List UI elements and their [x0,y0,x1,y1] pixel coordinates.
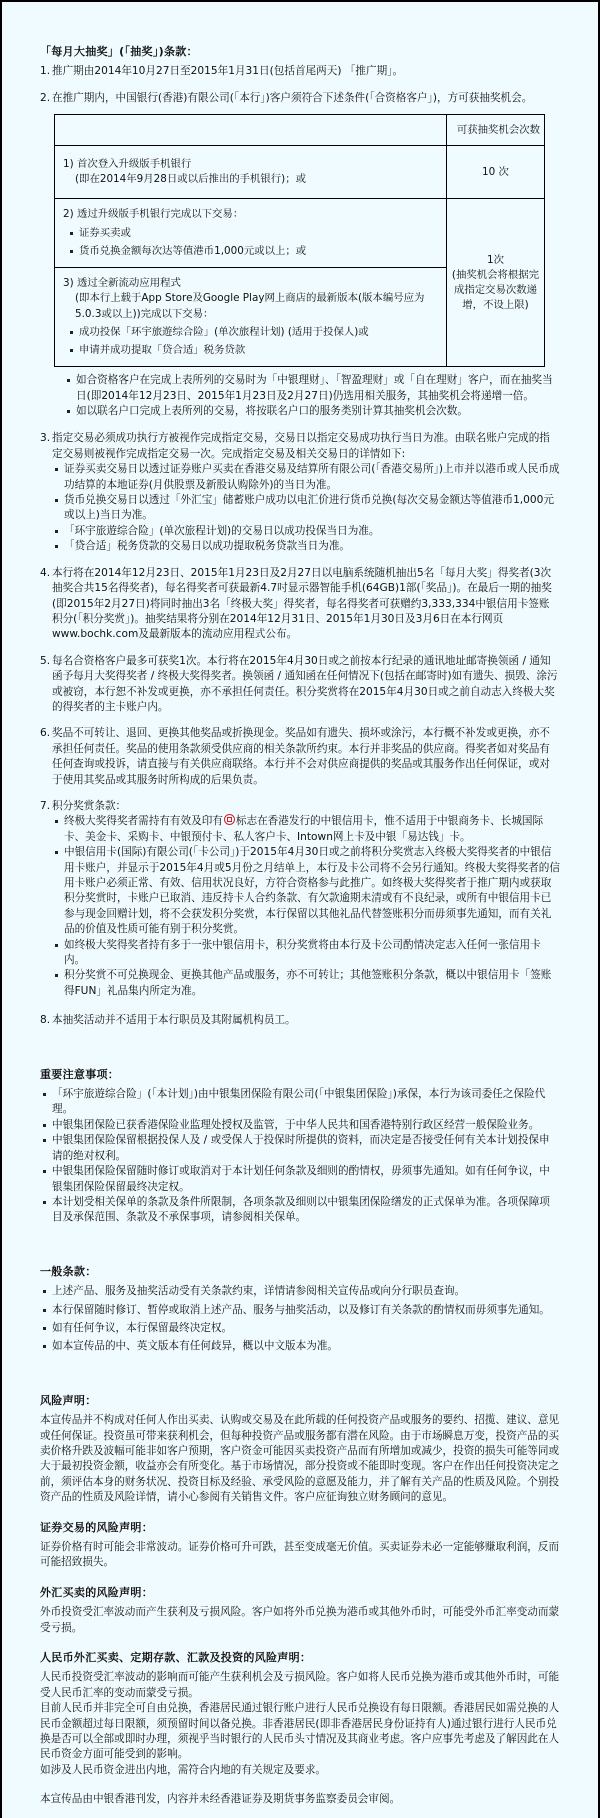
row2-line1: 2) 透过升级版手机银行完成以下交易： [63,207,438,222]
row3-line2: (即本行上载于App Store及Google Play网上商店的最新版本(版本… [63,291,438,322]
list-item: 「贷合适」税务贷款的交易日以成功提取税务贷款当日为准。 [52,539,560,554]
rmb-risk-section: 人民币外汇买卖、定期存款、汇款及投资的风险声明： 人民币投资受汇率波动的影响而可… [40,1650,560,1778]
fx-risk-text: 外币投资受汇率波动而产生获利及亏损风险。客户如将外币兑换为港币或其他外币时，可能… [40,1605,560,1636]
row3-bullet: 申请并成功提取「贷合适」税务贷款 [63,343,438,358]
term-item-3: 3. 指定交易必须成功执行方被视作完成指定交易，交易日以指定交易成功执行当日为准… [40,431,560,554]
row3-line1: 3) 透过全新流动应用程式 [63,276,438,291]
draw-chances-table: 可获抽奖机会次数 1) 首次登入升级版手机银行 (即在2014年9月28日或以后… [54,114,545,367]
term-text: 本行将在2014年12月23日、2015年1月23日及2月27日以电脑系统随机抽… [52,567,552,641]
boc-logo-icon [224,814,235,825]
fx-risk-heading: 外汇买卖的风险声明： [40,1585,560,1600]
table-header-chances: 可获抽奖机会次数 [447,115,545,146]
list-item: 上述产品、服务及抽奖活动受有关条款约束，详情请参阅相关宣传品或向分行职员查询。 [40,1284,560,1299]
list-item: 如本宣传品的中、英文版本有任何歧异，概以中文版本为准。 [40,1339,560,1354]
row2-bullet: 证券买卖或 [63,226,438,241]
term-text: 每名合资格客户最多可获奖1次。本行将在2015年4月30日或之前按本行纪录的通讯… [52,655,558,713]
risk-disclosure-heading: 风险声明： [40,1393,560,1408]
row1-line1: 1) 首次登入升级版手机银行 [63,157,438,172]
list-item: 终极大奖得奖者需持有有效及印有标志在香港发行的中银信用卡，惟不适用于中银商务卡、… [52,814,560,845]
term-number: 5. [40,654,50,669]
list-item: 中银集团保险已获香港保险业监理处授权及监管，于中华人民共和国香港特别行政区经营一… [40,1118,560,1133]
general-terms-section: 一般条款： 上述产品、服务及抽奖活动受有关条款约束，详情请参阅相关宣传品或向分行… [40,1264,560,1355]
rmb-risk-paragraph: 如涉及人民币资金进出内地，需符合内地的有关规定及要求。 [40,1763,560,1778]
term-number: 4. [40,566,50,581]
list-item: 「环宇旅遊综合险」(单次旅程计划)的交易日以成功投保当日为准。 [52,524,560,539]
terms-content: 「每月大抽奖」(「抽奖」)条款： 1. 推广期由2014年10月27日至2015… [40,44,560,1808]
securities-risk-text: 证券价格有时可能会非常波动。证券价格可升可跌，甚至变成毫无价值。买卖证券未必一定… [40,1540,560,1571]
term-number: 7. [40,799,50,814]
term-text: 在推广期内，中国银行(香港)有限公司(「本行」)客户须符合下述条件(「合资格客户… [52,92,532,104]
term-item-8: 8. 本抽奖活动并不适用于本行职员及其附属机构员工。 [40,1013,560,1028]
table-row: 2) 透过升级版手机银行完成以下交易： 证券买卖或 货币兑换金额每次达等值港币1… [55,199,545,268]
term-text: 奖品不可转让、退回、更换其他奖品或折换现金。奖品如有遗失、损坏或涂污，本行概不补… [52,727,550,785]
important-notes-section: 重要注意事项： 「环宇旅遊综合险」(「本计划」)由中银集团保险有限公司(「中银集… [40,1067,560,1226]
term-item-7: 7. 积分奖赏条款： 终极大奖得奖者需持有有效及印有标志在香港发行的中银信用卡，… [40,799,560,999]
list-item: 如终极大奖得奖者持有多于一张中银信用卡，积分奖赏将由本行及卡公司酌情决定志入任何… [52,938,560,969]
risk-disclosure-text: 本宣传品并不构成对任何人作出买卖、认购或交易及在此所载的任何投资产品或服务的要约… [40,1413,560,1505]
row2-bullet: 货币兑换金额每次达等值港币1,000元或以上；或 [63,244,438,259]
row1-line2: (即在2014年9月28日或以后推出的手机银行)；或 [63,172,438,187]
securities-risk-section: 证券交易的风险声明： 证券价格有时可能会非常波动。证券价格可升可跌，甚至变成毫无… [40,1520,560,1571]
term-text: 指定交易必须成功执行方被视作完成指定交易，交易日以指定交易成功执行当日为准。由联… [52,432,550,459]
term-number: 1. [40,64,50,79]
term-number: 3. [40,431,50,446]
fx-risk-section: 外汇买卖的风险声明： 外币投资受汇率波动而产生获利及亏损风险。客户如将外币兑换为… [40,1585,560,1636]
term7-bullets: 终极大奖得奖者需持有有效及印有标志在香港发行的中银信用卡，惟不适用于中银商务卡、… [52,814,560,999]
term-item-2: 2. 在推广期内，中国银行(香港)有限公司(「本行」)客户须符合下述条件(「合资… [40,91,560,420]
document-frame: 「每月大抽奖」(「抽奖」)条款： 1. 推广期由2014年10月27日至2015… [0,0,600,1818]
important-notes-heading: 重要注意事项： [40,1067,560,1082]
rmb-risk-paragraph: 人民币投资受汇率波动的影响而可能产生获利机会及亏损风险。客户如将人民币兑换为港币… [40,1670,560,1701]
term-item-1: 1. 推广期由2014年10月27日至2015年1月31日(包括首尾两天) 「推… [40,64,560,79]
term-number: 6. [40,726,50,741]
table-row: 1) 首次登入升级版手机银行 (即在2014年9月28日或以后推出的手机银行)；… [55,146,545,199]
securities-risk-heading: 证券交易的风险声明： [40,1520,560,1535]
list-item: 如有任何争议，本行保留最终决定权。 [40,1321,560,1336]
list-item: 中银集团保险保留根据投保人及 / 或受保人于投保时所提供的资料，而决定是否接受任… [40,1133,560,1164]
term-item-5: 5. 每名合资格客户最多可获奖1次。本行将在2015年4月30日或之前按本行纪录… [40,654,560,716]
list-item: 证券买卖交易日以透过证券账户买卖在香港交易及结算所有限公司(「香港交易所」)上市… [52,462,560,493]
draw-terms-list: 1. 推广期由2014年10月27日至2015年1月31日(包括首尾两天) 「推… [40,64,560,1028]
rmb-risk-heading: 人民币外汇买卖、定期存款、汇款及投资的风险声明： [40,1650,560,1665]
row3-bullet: 成功投保「环宇旅遊综合险」(单次旅程计划) (适用于投保人)或 [63,325,438,340]
rows23-chances: 1次 (抽奖机会将根据完成指定交易次数递增，不设上限) [447,199,545,367]
rmb-risk-paragraph: 目前人民币并非完全可自由兑换，香港居民通过银行账户进行人民币兑换设有每日限额。香… [40,1701,560,1763]
list-item: 中银集团保险保留随时修订或取消对于本计划任何条款及细则的酌情权，毋须事先通知。如… [40,1164,560,1195]
list-item: 如合资格客户在完成上表所列的交易时为「中银理财」、「智盈理财」或「自在理财」客户… [64,373,560,404]
bullet-text: 终极大奖得奖者需持有有效及印有 [64,815,223,827]
list-item: 本计划受相关保单的条款及条件所限制，各项条款及细则以中银集团保险缮发的正式保单为… [40,1195,560,1226]
list-item: 「环宇旅遊综合险」(「本计划」)由中银集团保险有限公司(「中银集团保险」)承保，… [40,1087,560,1118]
list-item: 积分奖赏不可兑换现金、更换其他产品或服务，亦不可转让；其他签账积分条款，概以中银… [52,968,560,999]
term-text: 推广期由2014年10月27日至2015年1月31日(包括首尾两天) 「推广期」… [52,65,403,77]
list-item: 本行保留随时修订、暂停或取消上述产品、服务与抽奖活动，以及修订有关条款的酌情权而… [40,1303,560,1318]
term-item-4: 4. 本行将在2014年12月23日、2015年1月23日及2月27日以电脑系统… [40,566,560,643]
term-item-6: 6. 奖品不可转让、退回、更换其他奖品或折换现金。奖品如有遗失、损坏或涂污，本行… [40,726,560,788]
general-terms-heading: 一般条款： [40,1264,560,1279]
term-number: 8. [40,1013,50,1028]
table-header-blank [55,115,447,146]
term-text: 积分奖赏条款： [52,800,126,812]
term2-notes: 如合资格客户在完成上表所列的交易时为「中银理财」、「智盈理财」或「自在理财」客户… [52,373,560,419]
risk-disclosure-section: 风险声明： 本宣传品并不构成对任何人作出买卖、认购或交易及在此所载的任何投资产品… [40,1393,560,1506]
table-header-row: 可获抽奖机会次数 [55,115,545,146]
footer-note: 本宣传品由中银香港刊发，内容并未经香港证券及期货事务监察委员会审阅。 [40,1792,560,1807]
term-text: 本抽奖活动并不适用于本行职员及其附属机构员工。 [52,1014,296,1026]
term-number: 2. [40,91,50,106]
term3-bullets: 证券买卖交易日以透过证券账户买卖在香港交易及结算所有限公司(「香港交易所」)上市… [52,462,560,554]
list-item: 货币兑换交易日以透过「外汇宝」储蓄账户成功以电汇价进行货币兑换(每次交易金额达等… [52,493,560,524]
important-notes-list: 「环宇旅遊综合险」(「本计划」)由中银集团保险有限公司(「中银集团保险」)承保，… [40,1087,560,1226]
general-terms-list: 上述产品、服务及抽奖活动受有关条款约束，详情请参阅相关宣传品或向分行职员查询。 … [40,1284,560,1355]
list-item: 如以联名户口完成上表所列的交易，将按联名户口的服务类别计算其抽奖机会次数。 [64,404,560,419]
list-item: 中银信用卡(国际)有限公司(「卡公司」)于2015年4月30日或之前将积分奖赏志… [52,845,560,937]
row1-chances: 10 次 [447,146,545,199]
draw-terms-heading: 「每月大抽奖」(「抽奖」)条款： [40,44,560,59]
